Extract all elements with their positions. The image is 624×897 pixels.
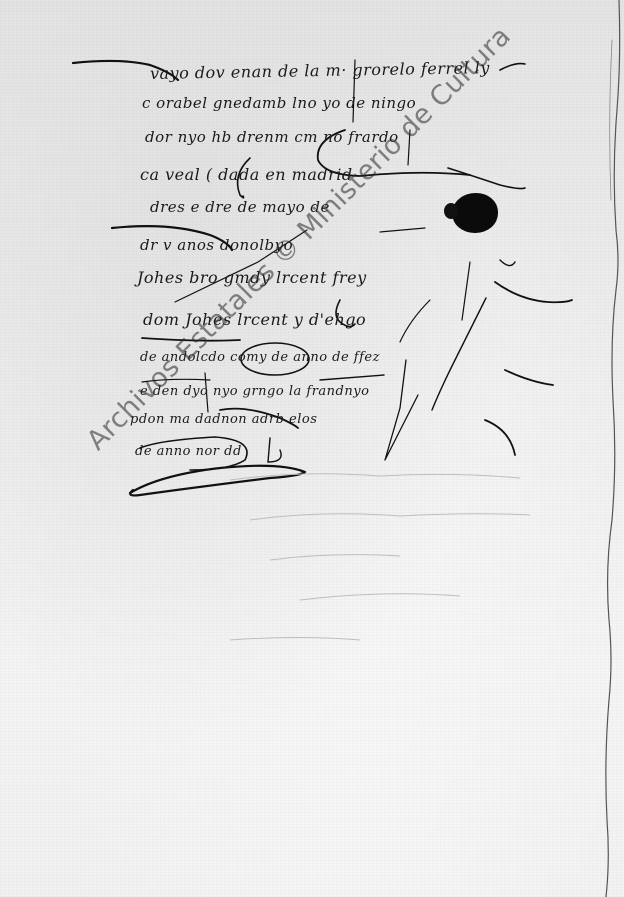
manuscript-line-2: c orabel gnedamb lno yo de ningo — [142, 94, 416, 112]
ink-blot — [452, 193, 498, 233]
manuscript-line-8: dom Johes lrcent y d'ehgo — [143, 310, 366, 329]
manuscript-line-3: dor nyo hb drenm cm no frardo — [145, 128, 399, 146]
manuscript-line-11: pdon ma dadnon adrb elos — [130, 412, 317, 427]
manuscript-line-4: ca veal ( dada en madrid — [140, 165, 353, 184]
manuscript-page: vayo dov enan de la m· grorelo ferrel ly… — [0, 0, 624, 897]
manuscript-line-10: e den dyo nyo grngo la frandnyo — [140, 384, 369, 399]
manuscript-line-12: de anno nor dd — [135, 444, 242, 459]
